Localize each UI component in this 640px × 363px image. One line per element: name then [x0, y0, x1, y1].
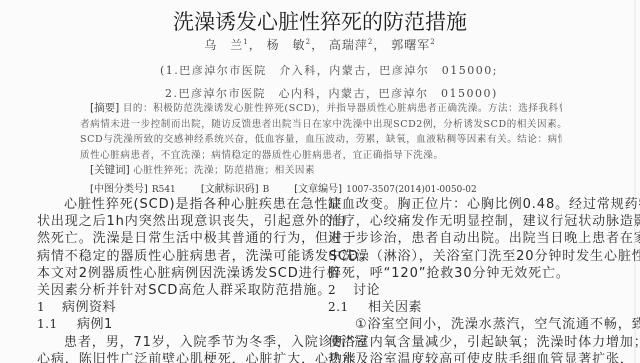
clc-value: R541: [152, 185, 176, 195]
body-line: 然死亡。洗澡是日常生活中极其普通的行为，但对于: [37, 230, 317, 247]
doc-code-label: [文献标识码]: [201, 184, 259, 195]
section-heading-2-1: 2.1相关因素: [328, 299, 608, 316]
paper-page: 洗澡诱发心脏性猝死的防范措施 乌 兰1， 杨 敏2， 高瑞萍2， 郭曙军2 (1…: [0, 0, 640, 363]
body-line: 心病，陈旧性广泛前壁心肌梗死，心脏扩大，心功能: [37, 351, 317, 363]
abstract-line: 者病情未进一步控制而出院，随访反馈患者出院当日在家中洗澡中出现SCD2例，分析诱…: [80, 117, 562, 133]
author-name: 郭曙军: [391, 38, 430, 52]
abstract-label: [摘要]: [90, 102, 119, 114]
author-affil-mark: 2: [430, 38, 435, 46]
abstract-line: [摘要] 目的：积极防范洗澡诱发心脏性猝死(SCD)，并指导器质性心脏病患者正确…: [80, 101, 562, 117]
body-line: 中洗澡（淋浴），关浴室门洗至20分钟时发生心脏性: [328, 248, 608, 265]
body-line: 进一步诊治，患者自动出院。出院当日晚上患者在家: [328, 230, 608, 247]
body-column-left: 心脏性猝死(SCD)是指各种心脏疾患在急性症 状出现之后1h内突然出现意识丧失，…: [37, 196, 317, 363]
affiliation-2: 2.巴彦淖尔市医院 心内科，内蒙古，巴彦淖尔 015000): [165, 85, 498, 101]
body-line: 猝死，呼“120”抢救30分钟无效死亡。: [328, 265, 608, 282]
body-line: 心脏性猝死(SCD)是指各种心脏疾患在急性症: [37, 196, 317, 213]
keywords-line: [关键词] 心脏性猝死；洗澡；防范措施；相关因素: [80, 163, 562, 179]
article-id-value: 1007-3507(2014)01-0050-02: [346, 185, 477, 195]
section-heading-2: 2讨论: [328, 282, 608, 299]
body-line: 热水及浴室温度较高可使皮肤毛细血管显著扩张，: [328, 351, 608, 363]
author-affil-mark: 2: [306, 38, 311, 46]
body-line: ①浴室空间小，洗澡水蒸汽，空气流通不畅，致: [328, 316, 608, 333]
classification-line: [中图分类号]R541 [文献标识码]B [文章编号]1007-3507(201…: [90, 180, 499, 195]
section-title: 讨论: [353, 283, 380, 298]
section-title: 病例资料: [62, 300, 116, 315]
section-number: 1: [37, 299, 62, 316]
section-number: 2.1: [328, 299, 368, 316]
section-title: 相关因素: [368, 300, 422, 315]
body-line: 使浴室内氧含量减少，引起缺氧；洗澡时体力增加；: [328, 334, 608, 351]
section-number: 1.1: [37, 316, 77, 333]
clc-label: [中图分类号]: [90, 184, 148, 195]
body-line: 本文对2例器质性心脏病例因洗澡诱发SCD进行相: [37, 265, 317, 282]
author-name: 乌 兰: [204, 38, 243, 52]
section-heading-1: 1病例资料: [37, 299, 317, 316]
abstract-block: [摘要] 目的：积极防范洗澡诱发心脏性猝死(SCD)，并指导器质性心脏病患者正确…: [80, 101, 562, 179]
body-line: 缺血改变。胸正位片：心胸比例0.48。经过常规药物: [328, 196, 608, 213]
author-name: 高瑞萍: [329, 38, 368, 52]
body-column-right: 缺血改变。胸正位片：心胸比例0.48。经过常规药物 治疗，心绞痛发作无明显控制，…: [328, 196, 608, 363]
author-name: 杨 敏: [267, 38, 306, 52]
keywords-value: 心脏性猝死；洗澡；防范措施；相关因素: [133, 165, 315, 176]
paper-title: 洗澡诱发心脏性猝死的防范措施: [0, 6, 640, 36]
author-affil-mark: 2: [368, 38, 373, 46]
abstract-line: SCD与洗澡所致的交感神经系统兴奋，低血容量，血压波动，劳累，缺氧，血液粘稠等因…: [80, 132, 562, 148]
section-number: 2: [328, 282, 353, 299]
body-line: 治疗，心绞痛发作无明显控制，建议行冠状动脉造影: [328, 213, 608, 230]
keywords-label: [关键词]: [90, 164, 130, 176]
body-line: 病情不稳定的器质性心脏病患者，洗澡可能诱发SCD。: [37, 248, 317, 265]
affiliation-1: (1.巴彦淖尔市医院 介入科，内蒙古，巴彦淖尔 015000;: [160, 62, 498, 78]
article-id-label: [文章编号]: [294, 184, 342, 195]
page-edge-divider: [634, 0, 636, 363]
doc-code-value: B: [263, 185, 270, 195]
author-list: 乌 兰1， 杨 敏2， 高瑞萍2， 郭曙军2: [0, 36, 640, 53]
body-line: 患者，男，71岁，入院季节为冬季，入院诊断“冠: [37, 334, 317, 351]
author-affil-mark: 1: [243, 38, 248, 46]
abstract-text: 目的：积极防范洗澡诱发心脏性猝死(SCD)，并指导器质性心脏病患者正确洗澡。方法…: [123, 103, 562, 114]
abstract-line: 质性心脏病患者，不宜洗澡；病情稳定的器质性心脏病患者，宜正确指导下洗澡。: [80, 148, 562, 164]
body-line: 状出现之后1h内突然出现意识丧失，引起意外的自: [37, 213, 317, 230]
body-line: 关因素分析并针对SCD高危人群采取防范措施。: [37, 282, 317, 299]
section-heading-1-1: 1.1病例1: [37, 316, 317, 333]
section-title: 病例1: [77, 317, 113, 332]
